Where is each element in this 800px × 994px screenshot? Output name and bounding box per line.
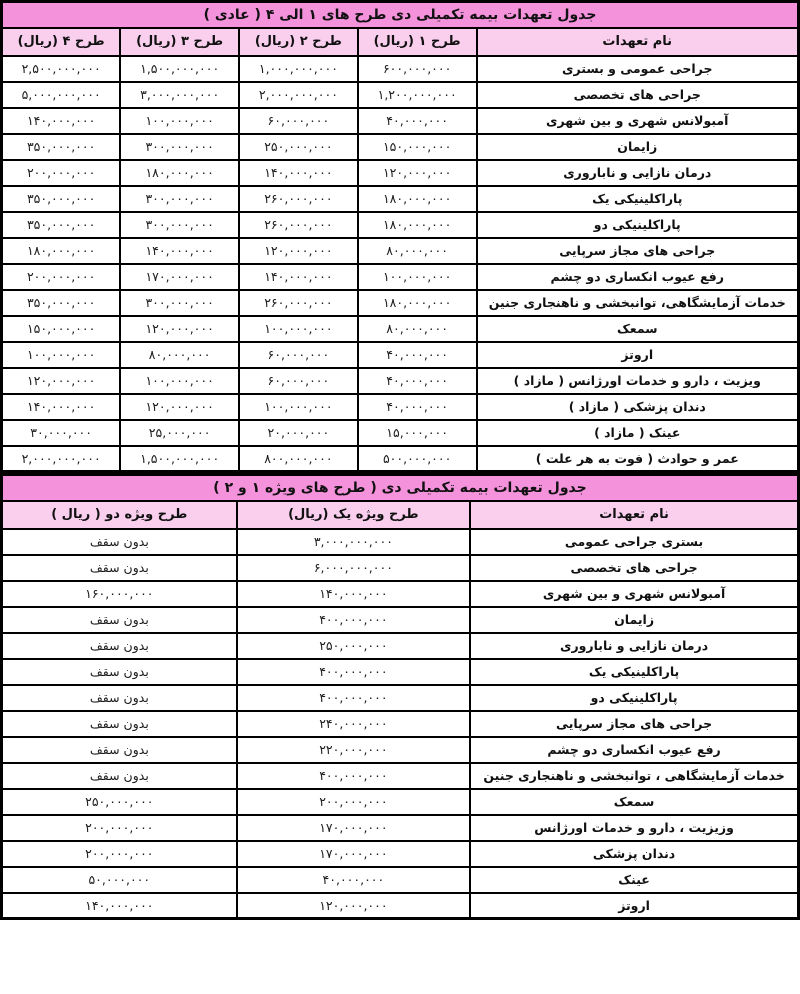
amount-cell: ۳,۰۰۰,۰۰۰,۰۰۰ — [120, 82, 239, 108]
benefit-name-cell: رفع عیوب انکساری دو چشم — [477, 264, 799, 290]
amount-cell: ۴۰,۰۰۰,۰۰۰ — [237, 867, 471, 893]
amount-cell: ۸۰,۰۰۰,۰۰۰ — [358, 238, 477, 264]
table-row: درمان نازایی و ناباروری۱۲۰,۰۰۰,۰۰۰۱۴۰,۰۰… — [2, 160, 799, 186]
amount-cell: بدون سقف — [2, 633, 237, 659]
amount-cell: ۱۸۰,۰۰۰,۰۰۰ — [120, 160, 239, 186]
amount-cell: ۱,۰۰۰,۰۰۰,۰۰۰ — [239, 56, 358, 82]
benefit-name-cell: درمان نازایی و ناباروری — [477, 160, 799, 186]
amount-cell: ۲۴۰,۰۰۰,۰۰۰ — [237, 711, 471, 737]
benefit-name-cell: وزیزیت ، دارو و خدمات اورژانس — [470, 815, 798, 841]
amount-cell: ۸۰۰,۰۰۰,۰۰۰ — [239, 446, 358, 472]
benefit-name-cell: خدمات آزمایشگاهی، توانبخشی و ناهنجاری جن… — [477, 290, 799, 316]
amount-cell: ۱۴۰,۰۰۰,۰۰۰ — [239, 264, 358, 290]
benefit-name-cell: پاراکلینیکی یک — [470, 659, 798, 685]
amount-cell: ۱۴۰,۰۰۰,۰۰۰ — [239, 160, 358, 186]
amount-cell: ۳۰۰,۰۰۰,۰۰۰ — [120, 290, 239, 316]
benefit-name-cell: اروتز — [477, 342, 799, 368]
amount-cell: ۶,۰۰۰,۰۰۰,۰۰۰ — [237, 555, 471, 581]
table2-body: بستری جراحی عمومی۳,۰۰۰,۰۰۰,۰۰۰بدون سقفجر… — [2, 529, 799, 919]
amount-cell: ۱۰۰,۰۰۰,۰۰۰ — [2, 342, 121, 368]
benefit-name-cell: دندان پزشکی — [470, 841, 798, 867]
column-header-plan1: طرح ۱ (ریال) — [358, 28, 477, 56]
table-row: اروتز۴۰,۰۰۰,۰۰۰۶۰,۰۰۰,۰۰۰۸۰,۰۰۰,۰۰۰۱۰۰,۰… — [2, 342, 799, 368]
amount-cell: ۱۸۰,۰۰۰,۰۰۰ — [358, 290, 477, 316]
amount-cell: ۱۸۰,۰۰۰,۰۰۰ — [358, 212, 477, 238]
amount-cell: ۵۰۰,۰۰۰,۰۰۰ — [358, 446, 477, 472]
amount-cell: ۱۰۰,۰۰۰,۰۰۰ — [239, 316, 358, 342]
amount-cell: ۱۵۰,۰۰۰,۰۰۰ — [358, 134, 477, 160]
amount-cell: ۳۰,۰۰۰,۰۰۰ — [2, 420, 121, 446]
benefit-name-cell: پاراکلینیکی یک — [477, 186, 799, 212]
benefit-name-cell: عمر و حوادث ( فوت به هر علت ) — [477, 446, 799, 472]
amount-cell: ۳۵۰,۰۰۰,۰۰۰ — [2, 290, 121, 316]
amount-cell: ۲,۰۰۰,۰۰۰,۰۰۰ — [239, 82, 358, 108]
table-row: زایمان۴۰۰,۰۰۰,۰۰۰بدون سقف — [2, 607, 799, 633]
column-header-special-plan1: طرح ویژه یک (ریال) — [237, 501, 471, 529]
table-row: عینک۴۰,۰۰۰,۰۰۰۵۰,۰۰۰,۰۰۰ — [2, 867, 799, 893]
table-row: ویزیت ، دارو و خدمات اورژانس ( مازاد )۴۰… — [2, 368, 799, 394]
amount-cell: ۱۲۰,۰۰۰,۰۰۰ — [120, 316, 239, 342]
column-header-benefit-name: نام تعهدات — [470, 501, 798, 529]
amount-cell: ۲,۵۰۰,۰۰۰,۰۰۰ — [2, 56, 121, 82]
table2-title: جدول تعهدات بیمه تکمیلی دی ( طرح های ویژ… — [2, 475, 799, 501]
amount-cell: ۶۰,۰۰۰,۰۰۰ — [239, 342, 358, 368]
amount-cell: بدون سقف — [2, 555, 237, 581]
table-row: جراحی های مجاز سرپایی۸۰,۰۰۰,۰۰۰۱۲۰,۰۰۰,۰… — [2, 238, 799, 264]
benefit-name-cell: خدمات آزمایشگاهی ، توانبخشی و ناهنجاری ج… — [470, 763, 798, 789]
table-row: سمعک۸۰,۰۰۰,۰۰۰۱۰۰,۰۰۰,۰۰۰۱۲۰,۰۰۰,۰۰۰۱۵۰,… — [2, 316, 799, 342]
table-row: دندان پزشکی ( مازاد )۴۰,۰۰۰,۰۰۰۱۰۰,۰۰۰,۰… — [2, 394, 799, 420]
table-row: عمر و حوادث ( فوت به هر علت )۵۰۰,۰۰۰,۰۰۰… — [2, 446, 799, 472]
amount-cell: ۱۴۰,۰۰۰,۰۰۰ — [2, 893, 237, 919]
amount-cell: ۱,۵۰۰,۰۰۰,۰۰۰ — [120, 56, 239, 82]
table2-column-header-row: نام تعهدات طرح ویژه یک (ریال) طرح ویژه د… — [2, 501, 799, 529]
benefit-name-cell: آمبولانس شهری و بین شهری — [470, 581, 798, 607]
amount-cell: ۱۰۰,۰۰۰,۰۰۰ — [120, 368, 239, 394]
benefit-name-cell: عینک — [470, 867, 798, 893]
benefit-name-cell: جراحی های مجاز سرپایی — [470, 711, 798, 737]
amount-cell: بدون سقف — [2, 737, 237, 763]
amount-cell: ۲۶۰,۰۰۰,۰۰۰ — [239, 212, 358, 238]
benefit-name-cell: پاراکلینیکی دو — [477, 212, 799, 238]
amount-cell: ۱۵,۰۰۰,۰۰۰ — [358, 420, 477, 446]
amount-cell: ۱۷۰,۰۰۰,۰۰۰ — [237, 841, 471, 867]
table-row: رفع عیوب انکساری دو چشم۱۰۰,۰۰۰,۰۰۰۱۴۰,۰۰… — [2, 264, 799, 290]
amount-cell: ۱۲۰,۰۰۰,۰۰۰ — [358, 160, 477, 186]
amount-cell: ۶۰,۰۰۰,۰۰۰ — [239, 108, 358, 134]
amount-cell: ۵,۰۰۰,۰۰۰,۰۰۰ — [2, 82, 121, 108]
table-row: پاراکلینیکی یک۴۰۰,۰۰۰,۰۰۰بدون سقف — [2, 659, 799, 685]
table-row: درمان نازایی و ناباروری۲۵۰,۰۰۰,۰۰۰بدون س… — [2, 633, 799, 659]
table-row: خدمات آزمایشگاهی، توانبخشی و ناهنجاری جن… — [2, 290, 799, 316]
benefits-table-special-plans: جدول تعهدات بیمه تکمیلی دی ( طرح های ویژ… — [0, 473, 800, 920]
table-row: دندان پزشکی۱۷۰,۰۰۰,۰۰۰۲۰۰,۰۰۰,۰۰۰ — [2, 841, 799, 867]
table-row: جراحی های تخصصی۱,۲۰۰,۰۰۰,۰۰۰۲,۰۰۰,۰۰۰,۰۰… — [2, 82, 799, 108]
amount-cell: ۴۰,۰۰۰,۰۰۰ — [358, 394, 477, 420]
table-row: پاراکلینیکی دو۴۰۰,۰۰۰,۰۰۰بدون سقف — [2, 685, 799, 711]
amount-cell: ۳۰۰,۰۰۰,۰۰۰ — [120, 186, 239, 212]
amount-cell: ۸۰,۰۰۰,۰۰۰ — [120, 342, 239, 368]
amount-cell: ۱۴۰,۰۰۰,۰۰۰ — [237, 581, 471, 607]
table-row: زایمان۱۵۰,۰۰۰,۰۰۰۲۵۰,۰۰۰,۰۰۰۳۰۰,۰۰۰,۰۰۰۳… — [2, 134, 799, 160]
amount-cell: ۱۰۰,۰۰۰,۰۰۰ — [358, 264, 477, 290]
table1-title: جدول تعهدات بیمه تکمیلی دی طرح های ۱ الی… — [2, 2, 799, 28]
benefit-name-cell: سمعک — [470, 789, 798, 815]
table-row: پاراکلینیکی یک۱۸۰,۰۰۰,۰۰۰۲۶۰,۰۰۰,۰۰۰۳۰۰,… — [2, 186, 799, 212]
table-row: جراحی های تخصصی۶,۰۰۰,۰۰۰,۰۰۰بدون سقف — [2, 555, 799, 581]
column-header-plan4: طرح ۴ (ریال) — [2, 28, 121, 56]
amount-cell: ۱۲۰,۰۰۰,۰۰۰ — [2, 368, 121, 394]
amount-cell: ۴۰۰,۰۰۰,۰۰۰ — [237, 659, 471, 685]
benefit-name-cell: سمعک — [477, 316, 799, 342]
amount-cell: ۶۰۰,۰۰۰,۰۰۰ — [358, 56, 477, 82]
amount-cell: ۴۰۰,۰۰۰,۰۰۰ — [237, 763, 471, 789]
amount-cell: ۱۸۰,۰۰۰,۰۰۰ — [358, 186, 477, 212]
table2-title-row: جدول تعهدات بیمه تکمیلی دی ( طرح های ویژ… — [2, 475, 799, 501]
benefit-name-cell: آمبولانس شهری و بین شهری — [477, 108, 799, 134]
amount-cell: ۳۵۰,۰۰۰,۰۰۰ — [2, 212, 121, 238]
amount-cell: ۱,۵۰۰,۰۰۰,۰۰۰ — [120, 446, 239, 472]
benefit-name-cell: دندان پزشکی ( مازاد ) — [477, 394, 799, 420]
amount-cell: ۴۰,۰۰۰,۰۰۰ — [358, 342, 477, 368]
table-row: خدمات آزمایشگاهی ، توانبخشی و ناهنجاری ج… — [2, 763, 799, 789]
benefits-table-plans-1-4: جدول تعهدات بیمه تکمیلی دی طرح های ۱ الی… — [0, 0, 800, 473]
benefit-name-cell: جراحی های مجاز سرپایی — [477, 238, 799, 264]
amount-cell: ۴۰,۰۰۰,۰۰۰ — [358, 108, 477, 134]
table-row: وزیزیت ، دارو و خدمات اورژانس۱۷۰,۰۰۰,۰۰۰… — [2, 815, 799, 841]
amount-cell: ۱۶۰,۰۰۰,۰۰۰ — [2, 581, 237, 607]
amount-cell: بدون سقف — [2, 685, 237, 711]
benefit-name-cell: پاراکلینیکی دو — [470, 685, 798, 711]
amount-cell: ۲۰۰,۰۰۰,۰۰۰ — [2, 160, 121, 186]
amount-cell: ۴۰۰,۰۰۰,۰۰۰ — [237, 607, 471, 633]
table-row: آمبولانس شهری و بین شهری۴۰,۰۰۰,۰۰۰۶۰,۰۰۰… — [2, 108, 799, 134]
amount-cell: بدون سقف — [2, 607, 237, 633]
amount-cell: ۱۵۰,۰۰۰,۰۰۰ — [2, 316, 121, 342]
table-row: بستری جراحی عمومی۳,۰۰۰,۰۰۰,۰۰۰بدون سقف — [2, 529, 799, 555]
amount-cell: ۵۰,۰۰۰,۰۰۰ — [2, 867, 237, 893]
benefit-name-cell: درمان نازایی و ناباروری — [470, 633, 798, 659]
amount-cell: ۱۲۰,۰۰۰,۰۰۰ — [237, 893, 471, 919]
amount-cell: ۱۰۰,۰۰۰,۰۰۰ — [239, 394, 358, 420]
amount-cell: ۲۰۰,۰۰۰,۰۰۰ — [2, 841, 237, 867]
table-row: عینک ( مازاد )۱۵,۰۰۰,۰۰۰۲۰,۰۰۰,۰۰۰۲۵,۰۰۰… — [2, 420, 799, 446]
amount-cell: ۲۵۰,۰۰۰,۰۰۰ — [2, 789, 237, 815]
amount-cell: ۲۰۰,۰۰۰,۰۰۰ — [2, 264, 121, 290]
amount-cell: ۲۲۰,۰۰۰,۰۰۰ — [237, 737, 471, 763]
column-header-special-plan2: طرح ویژه دو ( ریال ) — [2, 501, 237, 529]
table-row: اروتز۱۲۰,۰۰۰,۰۰۰۱۴۰,۰۰۰,۰۰۰ — [2, 893, 799, 919]
amount-cell: ۲۵۰,۰۰۰,۰۰۰ — [237, 633, 471, 659]
amount-cell: ۲۰۰,۰۰۰,۰۰۰ — [237, 789, 471, 815]
amount-cell: ۱۲۰,۰۰۰,۰۰۰ — [120, 394, 239, 420]
amount-cell: ۸۰,۰۰۰,۰۰۰ — [358, 316, 477, 342]
table1-column-header-row: نام تعهدات طرح ۱ (ریال) طرح ۲ (ریال) طرح… — [2, 28, 799, 56]
amount-cell: ۲,۰۰۰,۰۰۰,۰۰۰ — [2, 446, 121, 472]
amount-cell: ۶۰,۰۰۰,۰۰۰ — [239, 368, 358, 394]
amount-cell: ۴۰۰,۰۰۰,۰۰۰ — [237, 685, 471, 711]
benefit-name-cell: جراحی های تخصصی — [470, 555, 798, 581]
amount-cell: بدون سقف — [2, 529, 237, 555]
table-row: جراحی های مجاز سرپایی۲۴۰,۰۰۰,۰۰۰بدون سقف — [2, 711, 799, 737]
table-row: آمبولانس شهری و بین شهری۱۴۰,۰۰۰,۰۰۰۱۶۰,۰… — [2, 581, 799, 607]
amount-cell: ۴۰,۰۰۰,۰۰۰ — [358, 368, 477, 394]
amount-cell: ۱۴۰,۰۰۰,۰۰۰ — [2, 394, 121, 420]
table-row: پاراکلینیکی دو۱۸۰,۰۰۰,۰۰۰۲۶۰,۰۰۰,۰۰۰۳۰۰,… — [2, 212, 799, 238]
amount-cell: بدون سقف — [2, 711, 237, 737]
insurance-benefits-page: جدول تعهدات بیمه تکمیلی دی طرح های ۱ الی… — [0, 0, 800, 920]
column-header-plan3: طرح ۳ (ریال) — [120, 28, 239, 56]
amount-cell: ۱۴۰,۰۰۰,۰۰۰ — [2, 108, 121, 134]
amount-cell: ۱۲۰,۰۰۰,۰۰۰ — [239, 238, 358, 264]
benefit-name-cell: زایمان — [477, 134, 799, 160]
benefit-name-cell: زایمان — [470, 607, 798, 633]
benefit-name-cell: عینک ( مازاد ) — [477, 420, 799, 446]
benefit-name-cell: ویزیت ، دارو و خدمات اورژانس ( مازاد ) — [477, 368, 799, 394]
amount-cell: ۱۴۰,۰۰۰,۰۰۰ — [120, 238, 239, 264]
benefit-name-cell: جراحی عمومی و بستری — [477, 56, 799, 82]
table1-body: جراحی عمومی و بستری۶۰۰,۰۰۰,۰۰۰۱,۰۰۰,۰۰۰,… — [2, 56, 799, 472]
amount-cell: ۳۰۰,۰۰۰,۰۰۰ — [120, 212, 239, 238]
amount-cell: بدون سقف — [2, 763, 237, 789]
benefit-name-cell: جراحی های تخصصی — [477, 82, 799, 108]
column-header-plan2: طرح ۲ (ریال) — [239, 28, 358, 56]
benefit-name-cell: رفع عیوب انکساری دو چشم — [470, 737, 798, 763]
amount-cell: ۱۷۰,۰۰۰,۰۰۰ — [237, 815, 471, 841]
table-row: رفع عیوب انکساری دو چشم۲۲۰,۰۰۰,۰۰۰بدون س… — [2, 737, 799, 763]
table-row: سمعک۲۰۰,۰۰۰,۰۰۰۲۵۰,۰۰۰,۰۰۰ — [2, 789, 799, 815]
amount-cell: ۱۰۰,۰۰۰,۰۰۰ — [120, 108, 239, 134]
amount-cell: ۳۰۰,۰۰۰,۰۰۰ — [120, 134, 239, 160]
amount-cell: ۳,۰۰۰,۰۰۰,۰۰۰ — [237, 529, 471, 555]
amount-cell: ۲۵,۰۰۰,۰۰۰ — [120, 420, 239, 446]
benefit-name-cell: اروتز — [470, 893, 798, 919]
amount-cell: بدون سقف — [2, 659, 237, 685]
amount-cell: ۱,۲۰۰,۰۰۰,۰۰۰ — [358, 82, 477, 108]
amount-cell: ۲۵۰,۰۰۰,۰۰۰ — [239, 134, 358, 160]
amount-cell: ۲۶۰,۰۰۰,۰۰۰ — [239, 186, 358, 212]
amount-cell: ۲۶۰,۰۰۰,۰۰۰ — [239, 290, 358, 316]
column-header-benefit-name: نام تعهدات — [477, 28, 799, 56]
amount-cell: ۳۵۰,۰۰۰,۰۰۰ — [2, 134, 121, 160]
benefit-name-cell: بستری جراحی عمومی — [470, 529, 798, 555]
amount-cell: ۱۷۰,۰۰۰,۰۰۰ — [120, 264, 239, 290]
table-row: جراحی عمومی و بستری۶۰۰,۰۰۰,۰۰۰۱,۰۰۰,۰۰۰,… — [2, 56, 799, 82]
amount-cell: ۲۰,۰۰۰,۰۰۰ — [239, 420, 358, 446]
amount-cell: ۳۵۰,۰۰۰,۰۰۰ — [2, 186, 121, 212]
table1-title-row: جدول تعهدات بیمه تکمیلی دی طرح های ۱ الی… — [2, 2, 799, 28]
amount-cell: ۲۰۰,۰۰۰,۰۰۰ — [2, 815, 237, 841]
amount-cell: ۱۸۰,۰۰۰,۰۰۰ — [2, 238, 121, 264]
